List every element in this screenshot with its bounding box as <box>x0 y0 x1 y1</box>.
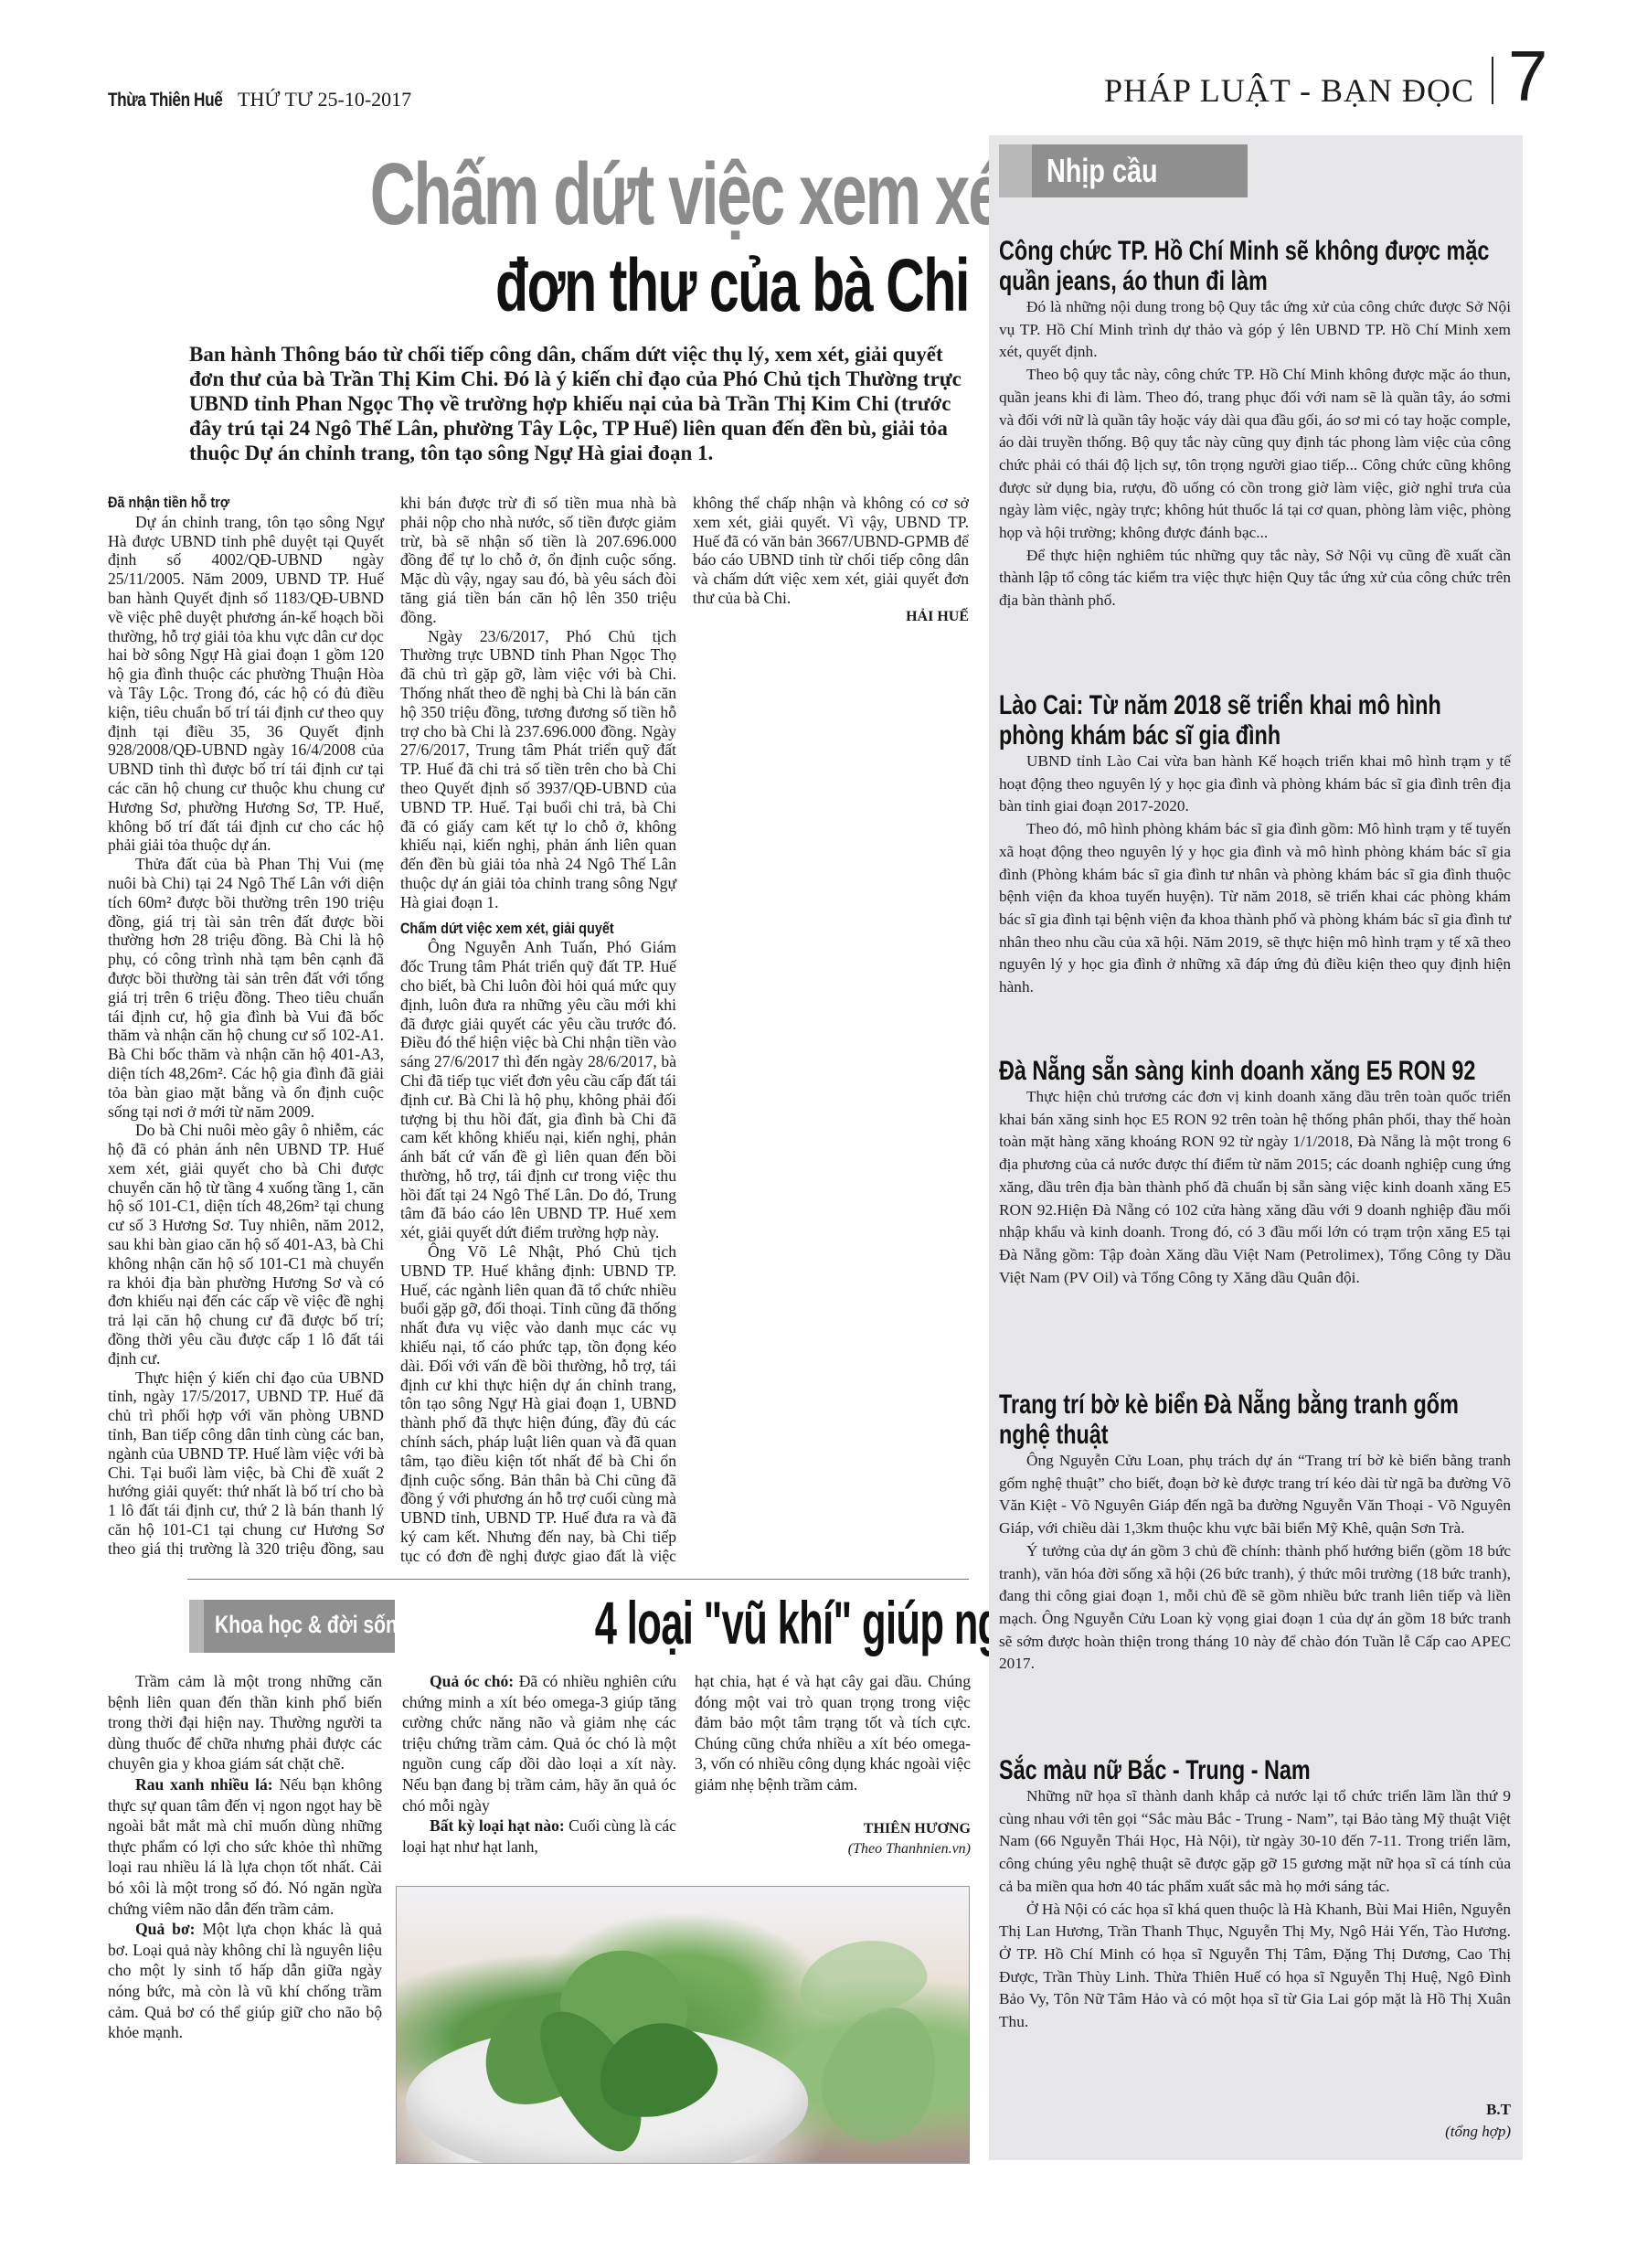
paragraph: Quả bơ: Một lựa chọn khác là quả bơ. Loạ… <box>108 1919 382 2043</box>
science-source: (Theo Thanhnien.vn) <box>695 1839 971 1860</box>
paragraph: Ông Nguyễn Anh Tuấn, Phó Giám đốc Trung … <box>400 938 676 1242</box>
sidebar-article-title: Đà Nẵng sẵn sàng kinh doanh xăng E5 RON … <box>999 1056 1510 1086</box>
paragraph: Những nữ họa sĩ thành danh khắp cả nước … <box>999 1785 1511 1899</box>
paragraph: Bất kỳ loại hạt nào: Cuối cùng là các lo… <box>402 1815 676 1857</box>
paragraph: Ông Nguyễn Cửu Loan, phụ trách dự án “Tr… <box>999 1450 1511 1540</box>
subhead-rau-xanh: Rau xanh nhiều lá: <box>135 1775 273 1794</box>
paragraph: Theo bộ quy tắc này, công chức TP. Hồ Ch… <box>999 364 1511 545</box>
paragraph: Theo đó, mô hình phòng khám bác sĩ gia đ… <box>999 818 1511 999</box>
paragraph: Ngày 23/6/2017, Phó Chủ tịch Thường trực… <box>400 627 676 912</box>
sidebar-article: Lào Cai: Từ năm 2018 sẽ triển khai mô hì… <box>999 690 1511 999</box>
leaf-shape <box>793 1931 932 2025</box>
science-col-2: Quả óc chó: Đã có nhiều nghiên cứu chứng… <box>402 1671 676 1857</box>
science-byline: THIÊN HƯƠNG <box>695 1819 971 1840</box>
category-tag: Khoa học & đời sống <box>189 1600 395 1653</box>
sidebar-tag: Nhịp cầu <box>999 144 1248 197</box>
paragraph: Thực hiện chủ trương các đơn vị kinh doa… <box>999 1086 1511 1289</box>
subhead-hat: Bất kỳ loại hạt nào: <box>430 1816 565 1835</box>
sidebar-article-title: Sắc màu nữ Bắc - Trung - Nam <box>999 1755 1510 1785</box>
section-divider <box>187 1579 969 1580</box>
paragraph: Quả óc chó: Đã có nhiều nghiên cứu chứng… <box>402 1671 676 1815</box>
main-headline-line2: đơn thư của bà Chi <box>370 249 969 324</box>
sidebar-article: Đà Nẵng sẵn sàng kinh doanh xăng E5 RON … <box>999 1056 1511 1289</box>
main-article-body: Đã nhận tiền hỗ trợ Dự án chỉnh trang, t… <box>108 494 969 1572</box>
subhead-qua-oc-cho: Quả óc chó: <box>430 1672 514 1690</box>
leaf-shape <box>806 1991 956 2157</box>
paragraph: Do bà Chi nuôi mèo gây ô nhiễm, các hộ đ… <box>108 1121 384 1368</box>
masthead: Thừa Thiên Huế THỨ TƯ 25-10-2017 <box>108 88 411 112</box>
category-label: Khoa học & đời sống <box>215 1611 409 1639</box>
sidebar-byline-note: (tổng hợp) <box>999 2123 1511 2141</box>
paragraph: Dự án chỉnh trang, tôn tạo sông Ngự Hà đ… <box>108 513 384 855</box>
paper-name: Thừa Thiên Huế <box>108 90 222 112</box>
header-divider <box>1492 57 1493 104</box>
paragraph: hạt chia, hạt é và hạt cây gai dầu. Chún… <box>695 1671 971 1795</box>
subhead-cham-dut: Chấm dứt việc xem xét, giải quyết <box>400 920 635 939</box>
tag-stripe <box>189 1600 204 1653</box>
section-title: PHÁP LUẬT - BẠN ĐỌC <box>1104 71 1474 110</box>
main-lead: Ban hành Thông báo từ chối tiếp công dân… <box>189 342 975 465</box>
paragraph: Ý tưởng của dự án gồm 3 chủ đề chính: th… <box>999 1540 1511 1676</box>
paragraph: Trầm cảm là một trong những căn bệnh liê… <box>108 1671 382 1774</box>
main-byline: HẢI HUẾ <box>693 608 969 627</box>
sidebar-article-title: Lào Cai: Từ năm 2018 sẽ triển khai mô hì… <box>999 690 1510 751</box>
paragraph: Đó là những nội dung trong bộ Quy tắc ứn… <box>999 296 1511 364</box>
tag-stripe <box>999 144 1032 197</box>
sidebar-byline: B.T <box>999 2101 1511 2119</box>
issue-date: THỨ TƯ 25-10-2017 <box>238 88 411 111</box>
spinach-photo <box>396 1886 970 2164</box>
page-number: 7 <box>1508 40 1547 112</box>
paragraph: Rau xanh nhiều lá: Nếu bạn không thực sự… <box>108 1774 382 1919</box>
subhead-da-nhan-tien: Đã nhận tiền hỗ trợ <box>108 494 343 513</box>
sidebar-tag-label: Nhịp cầu <box>1047 152 1158 190</box>
subhead-qua-bo: Quả bơ: <box>135 1920 196 1938</box>
science-col-1: Trầm cảm là một trong những căn bệnh liê… <box>108 1671 382 2043</box>
science-headline: 4 loại "vũ khí" giúp ngăn ngừa trầm cảm <box>595 1592 969 1653</box>
paragraph: Ở Hà Nội có các họa sĩ khá quen thuộc là… <box>999 1899 1511 2034</box>
paragraph: Thửa đất của bà Phan Thị Vui (mẹ nuôi bà… <box>108 855 384 1121</box>
sidebar-article: Sắc màu nữ Bắc - Trung - Nam Những nữ họ… <box>999 1755 1511 2034</box>
sidebar-article-title: Trang trí bờ kè biển Đà Nẵng bằng tranh … <box>999 1390 1510 1450</box>
paragraph: Để thực hiện nghiêm túc những quy tắc nà… <box>999 545 1511 612</box>
paragraph: UBND tỉnh Lào Cai vừa ban hành Kế hoạch … <box>999 751 1511 818</box>
sidebar-article: Công chức TP. Hồ Chí Minh sẽ không được … <box>999 236 1511 612</box>
sidebar-article: Trang trí bờ kè biển Đà Nẵng bằng tranh … <box>999 1390 1511 1676</box>
sidebar-article-title: Công chức TP. Hồ Chí Minh sẽ không được … <box>999 236 1510 296</box>
science-col-3: hạt chia, hạt é và hạt cây gai dầu. Chún… <box>695 1671 971 1860</box>
main-headline-line1: Chấm dứt việc xem xét, giải quyết <box>370 151 969 239</box>
